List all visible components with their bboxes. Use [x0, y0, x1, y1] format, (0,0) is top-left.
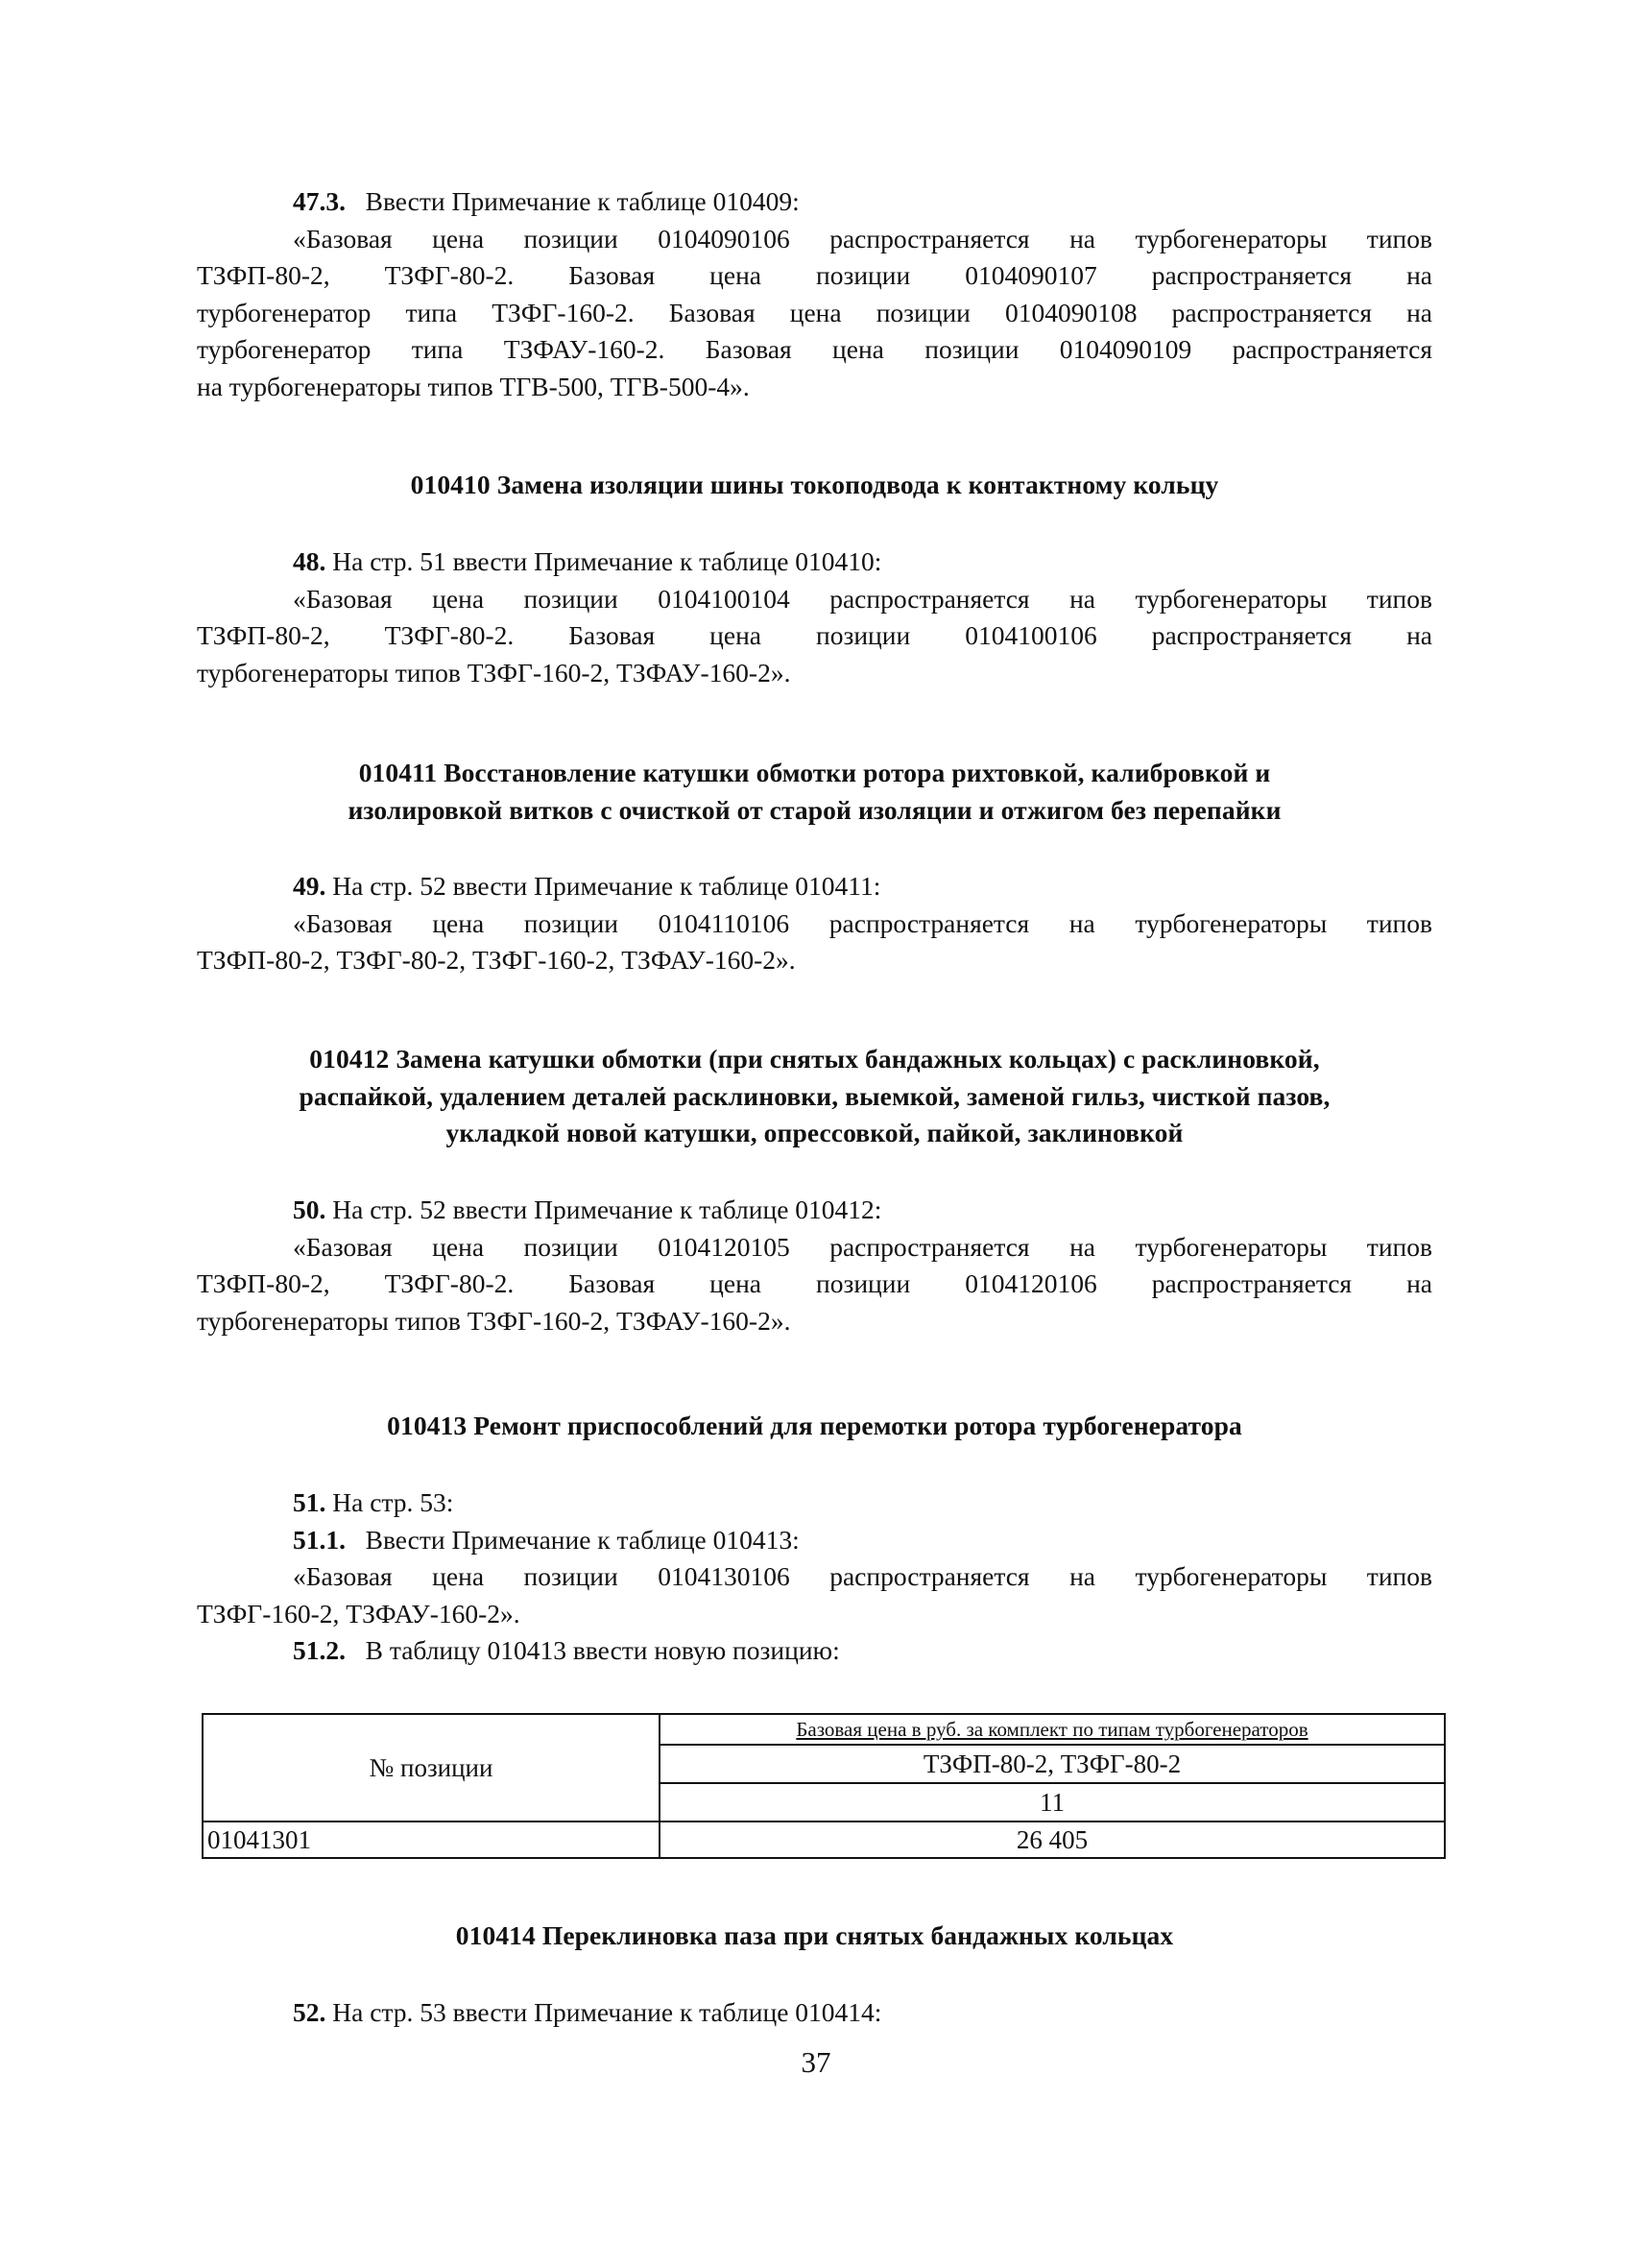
item-intro: 48. На стр. 51 ввести Примечание к табли…: [197, 543, 1432, 581]
item-intro-text: Ввести Примечание к таблице 010409:: [366, 186, 800, 216]
section-heading-010412: 010412 Замена катушки обмотки (при сняты…: [197, 1041, 1432, 1152]
note-line: на турбогенераторы типов ТГВ-500, ТГВ-50…: [197, 369, 1432, 406]
item-number: 50.: [293, 1194, 325, 1224]
section-heading-010410: 010410 Замена изоляции шины токоподвода …: [197, 467, 1432, 504]
item-intro-text: На стр. 52 ввести Примечание к таблице 0…: [332, 871, 880, 901]
new-position-table: № позиции Базовая цена в руб. за комплек…: [202, 1713, 1446, 1859]
item-intro-text: На стр. 53 ввести Примечание к таблице 0…: [332, 1997, 881, 2027]
section-heading-010413: 010413 Ремонт приспособлений для перемот…: [197, 1408, 1432, 1445]
note-line: ТЗФГ-160-2, ТЗФАУ-160-2».: [197, 1596, 1432, 1633]
note-line: ТЗФП-80-2, ТЗФГ-80-2, ТЗФГ-160-2, ТЗФАУ-…: [197, 942, 1432, 979]
subitem-number: 51.1.: [293, 1525, 346, 1555]
section-51: 51. На стр. 53: 51.1. Ввести Примечание …: [197, 1484, 1432, 1670]
col-header-number: 11: [660, 1783, 1445, 1822]
note-line: турбогенераторы типов ТЗФГ-160-2, ТЗФАУ-…: [197, 1303, 1432, 1340]
subitem-intro: 51.2. В таблицу 010413 ввести новую пози…: [197, 1632, 1432, 1670]
cell-position: 01041301: [203, 1822, 660, 1858]
section-heading-010414: 010414 Переклиновка паза при снятых банд…: [197, 1918, 1432, 1955]
item-number: 52.: [293, 1997, 325, 2027]
col-header-position: № позиции: [203, 1714, 660, 1822]
section-52: 52. На стр. 53 ввести Примечание к табли…: [197, 1994, 1432, 2032]
document-page: 47.3. Ввести Примечание к таблице 010409…: [0, 0, 1632, 2268]
item-intro-text: На стр. 51 ввести Примечание к таблице 0…: [332, 546, 881, 576]
heading-line: распайкой, удалением деталей расклиновки…: [197, 1078, 1432, 1116]
heading-line: укладкой новой катушки, опрессовкой, пай…: [197, 1115, 1432, 1152]
col-header-types: ТЗФП-80-2, ТЗФГ-80-2: [660, 1745, 1445, 1783]
note-line: ТЗФП-80-2, ТЗФГ-80-2. Базовая цена позиц…: [197, 1266, 1432, 1303]
item-number: 49.: [293, 871, 325, 901]
subitem-number: 51.2.: [293, 1635, 346, 1665]
heading-line: изолировкой витков с очисткой от старой …: [197, 792, 1432, 830]
col-header-price: Базовая цена в руб. за комплект по типам…: [660, 1714, 1445, 1745]
table-header-row: № позиции Базовая цена в руб. за комплек…: [203, 1714, 1445, 1745]
cell-price: 26 405: [660, 1822, 1445, 1858]
item-intro: 52. На стр. 53 ввести Примечание к табли…: [197, 1994, 1432, 2032]
item-intro-text: На стр. 52 ввести Примечание к таблице 0…: [332, 1194, 881, 1224]
section-48: 48. На стр. 51 ввести Примечание к табли…: [197, 543, 1432, 691]
note-line: «Базовая цена позиции 0104090106 распрос…: [197, 221, 1432, 258]
heading-line: 010412 Замена катушки обмотки (при сняты…: [197, 1041, 1432, 1078]
item-intro-text: На стр. 53:: [332, 1487, 453, 1517]
note-line: «Базовая цена позиции 0104110106 распрос…: [197, 905, 1432, 943]
note-line: турбогенераторы типов ТЗФГ-160-2, ТЗФАУ-…: [197, 655, 1432, 692]
note-line: ТЗФП-80-2, ТЗФГ-80-2. Базовая цена позиц…: [197, 617, 1432, 655]
section-50: 50. На стр. 52 ввести Примечание к табли…: [197, 1192, 1432, 1339]
section-49: 49. На стр. 52 ввести Примечание к табли…: [197, 868, 1432, 979]
note-line: «Базовая цена позиции 0104100104 распрос…: [197, 581, 1432, 618]
subitem-intro: 51.1. Ввести Примечание к таблице 010413…: [197, 1522, 1432, 1559]
note-line: турбогенератор типа ТЗФАУ-160-2. Базовая…: [197, 331, 1432, 369]
item-intro: 47.3. Ввести Примечание к таблице 010409…: [197, 183, 1432, 221]
item-number: 51.: [293, 1487, 325, 1517]
note-line: «Базовая цена позиции 0104130106 распрос…: [197, 1558, 1432, 1596]
page-number: 37: [0, 2045, 1632, 2080]
subitem-intro-text: В таблицу 010413 ввести новую позицию:: [366, 1635, 840, 1665]
heading-line: 010411 Восстановление катушки обмотки ро…: [197, 755, 1432, 792]
note-line: ТЗФП-80-2, ТЗФГ-80-2. Базовая цена позиц…: [197, 257, 1432, 295]
note-line: «Базовая цена позиции 0104120105 распрос…: [197, 1229, 1432, 1267]
table-row: 01041301 26 405: [203, 1822, 1445, 1858]
note-line: турбогенератор типа ТЗФГ-160-2. Базовая …: [197, 295, 1432, 332]
item-intro: 49. На стр. 52 ввести Примечание к табли…: [197, 868, 1432, 905]
item-number: 47.3.: [293, 186, 346, 216]
section-47-3: 47.3. Ввести Примечание к таблице 010409…: [197, 183, 1432, 406]
item-intro: 50. На стр. 52 ввести Примечание к табли…: [197, 1192, 1432, 1229]
subitem-intro-text: Ввести Примечание к таблице 010413:: [366, 1525, 800, 1555]
item-intro: 51. На стр. 53:: [197, 1484, 1432, 1522]
section-heading-010411: 010411 Восстановление катушки обмотки ро…: [197, 755, 1432, 829]
item-number: 48.: [293, 546, 325, 576]
